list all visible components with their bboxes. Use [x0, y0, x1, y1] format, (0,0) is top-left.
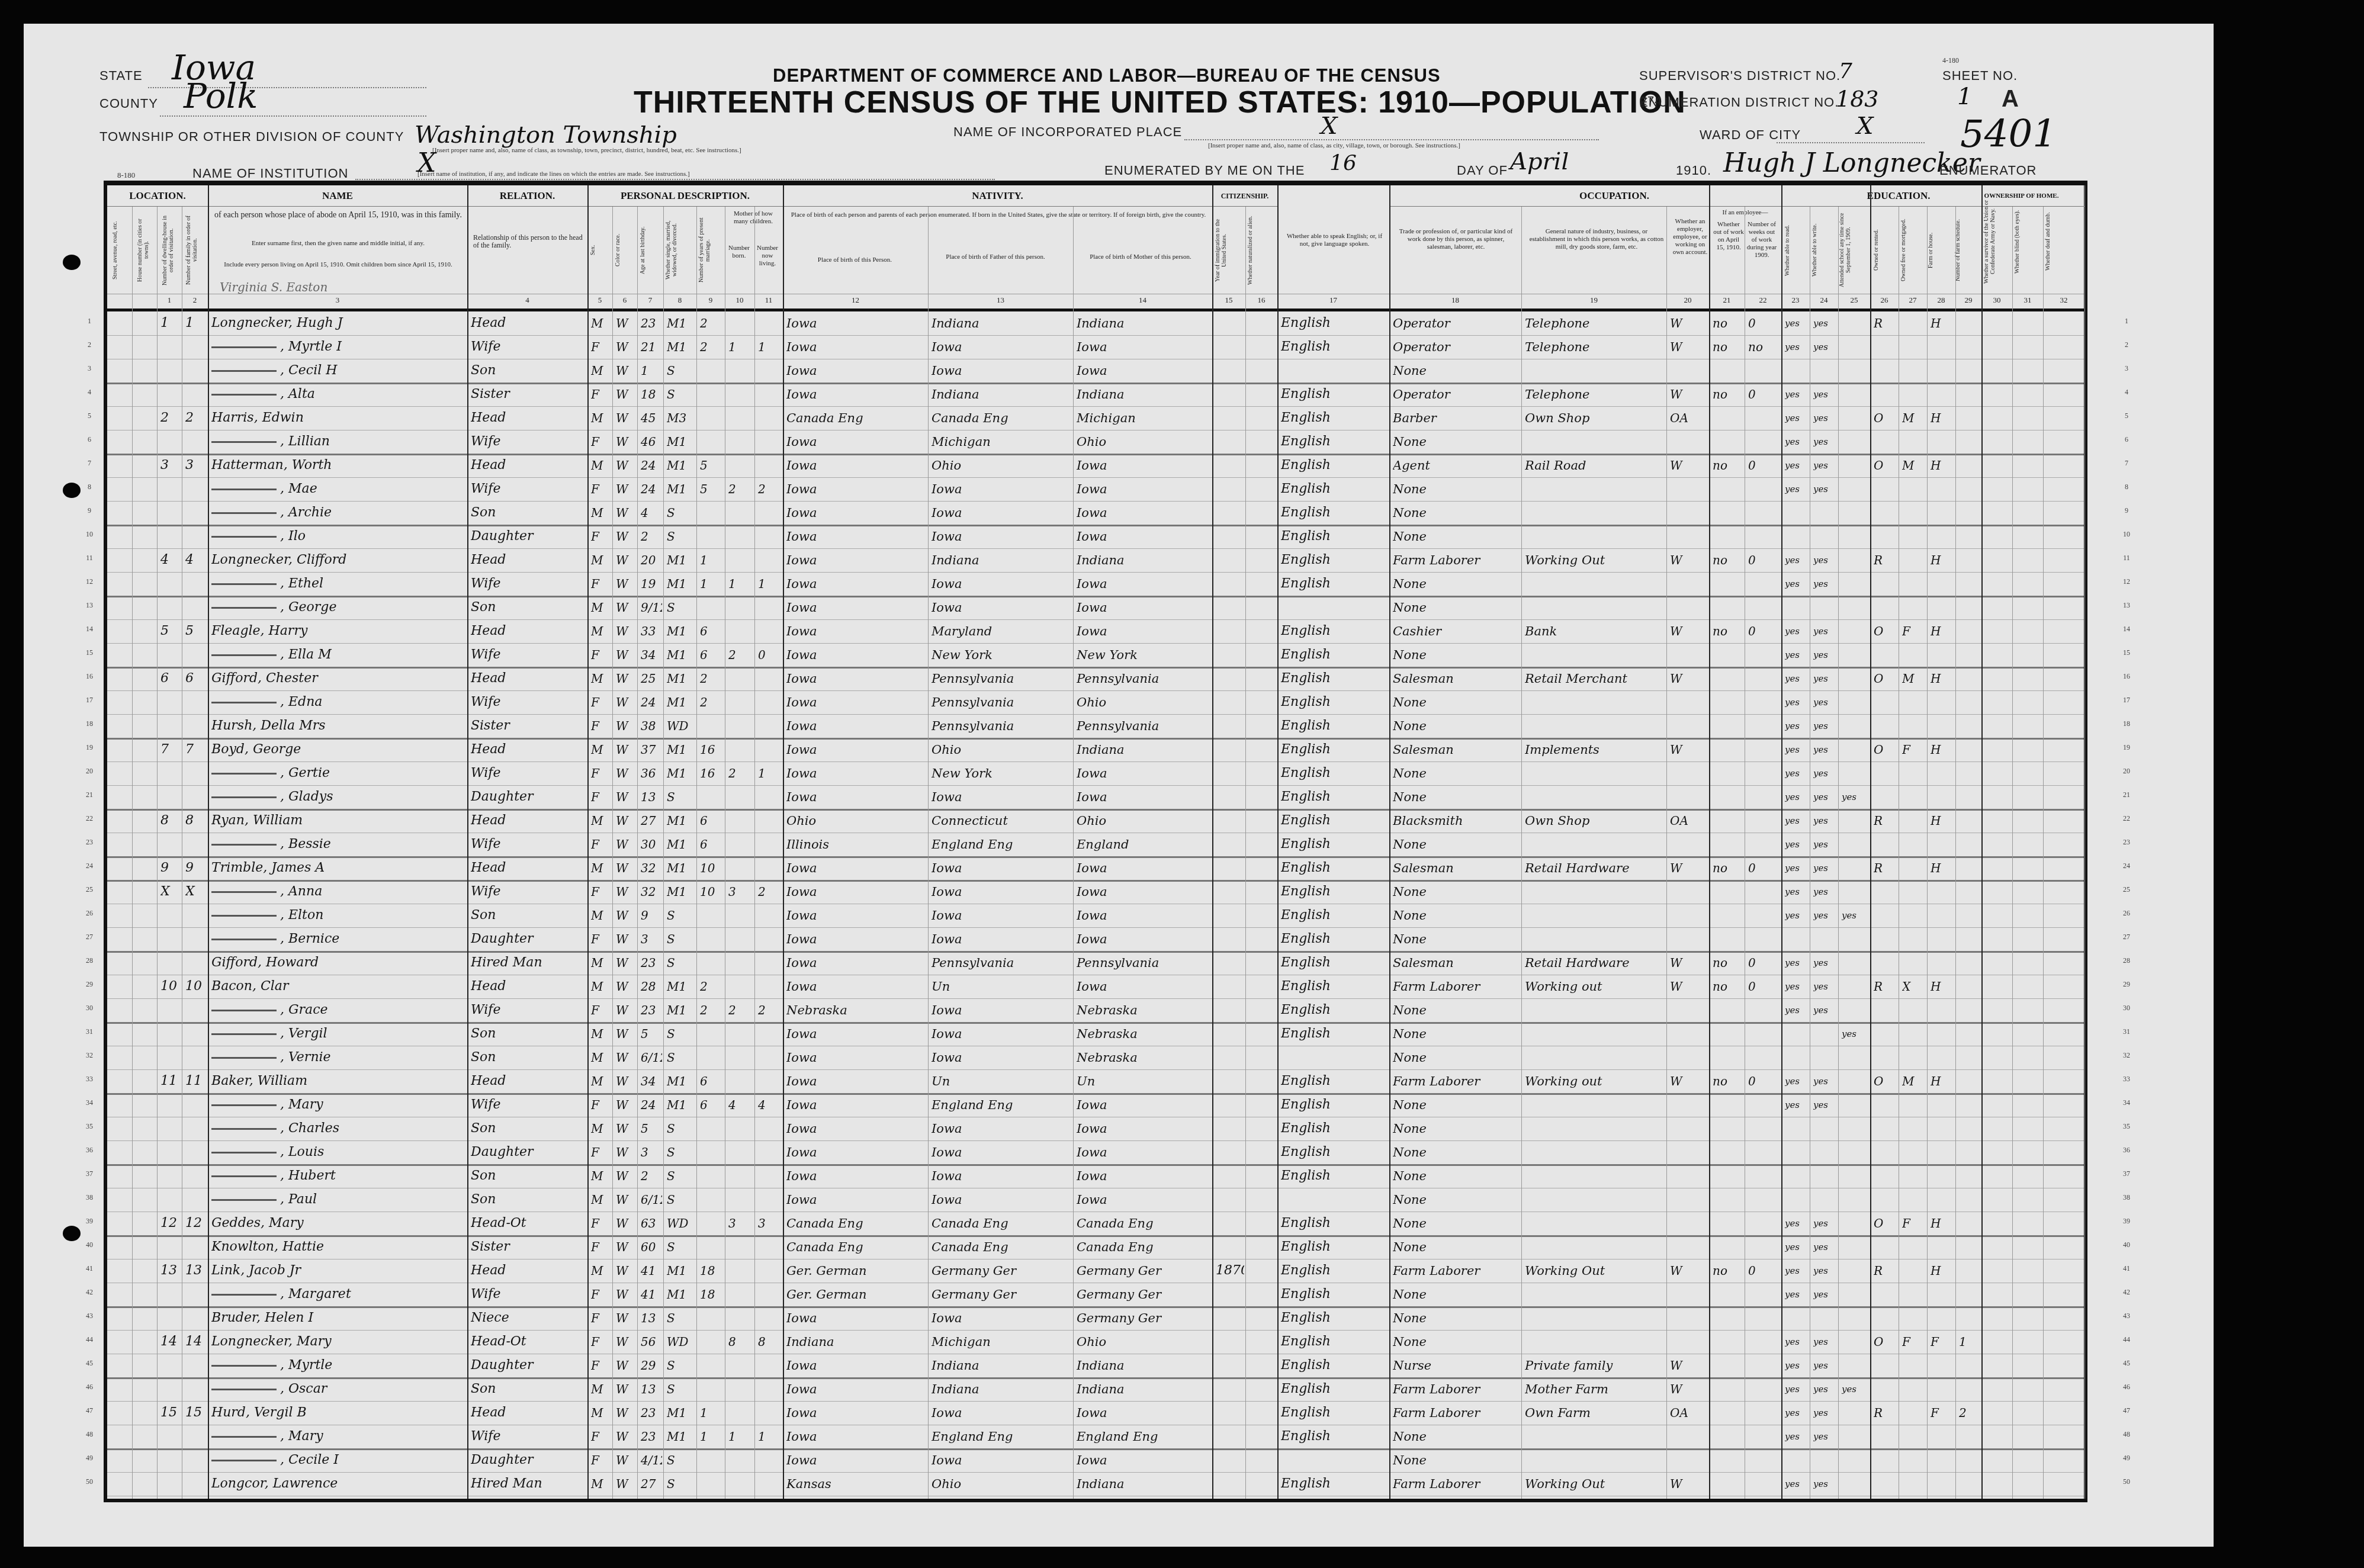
subhead-school: Attended school any time since September…	[1839, 210, 1868, 290]
column-number: 31	[2012, 295, 2043, 309]
line-number: 39	[83, 1217, 96, 1226]
cell-deaf	[2047, 1306, 2083, 1330]
cell-weeks	[1748, 1401, 1780, 1425]
cell-emp: W	[1670, 856, 1708, 880]
cell-free	[1902, 998, 1926, 1022]
cell-sex: M	[591, 1377, 611, 1401]
subhead-relation: Relationship of this person to the head …	[473, 234, 583, 249]
cell-weeks	[1748, 477, 1780, 501]
cell-family	[185, 1188, 207, 1212]
supervisor-value: 7	[1839, 59, 1852, 83]
table-row: , OscarSonMW13SIowaIndianaIndianaEnglish…	[107, 1377, 2084, 1402]
cell-eng: English	[1281, 1022, 1388, 1046]
cell-sex: M	[591, 1046, 611, 1069]
cell-marital: M1	[667, 833, 695, 856]
cell-bpm: Iowa	[1077, 1164, 1211, 1188]
cell-relation: Wife	[471, 1093, 586, 1117]
cell-school	[1842, 596, 1869, 619]
subhead-color: Color or race.	[615, 210, 636, 290]
cell-deaf	[2047, 454, 2083, 477]
cell-bpm: Germany Ger	[1077, 1259, 1211, 1283]
cell-bp: Illinois	[786, 833, 927, 856]
line-number: 49	[83, 1454, 96, 1463]
cell-living	[758, 1283, 782, 1306]
cell-bp: Iowa	[786, 1306, 927, 1330]
cell-age: 41	[641, 1283, 662, 1306]
table-row: 99Trimble, James AHeadMW32M110IowaIowaIo…	[107, 856, 2084, 882]
cell-trade: None	[1393, 998, 1520, 1022]
cell-living	[758, 904, 782, 927]
cell-house	[136, 833, 156, 856]
cell-bpm: Pennsylvania	[1077, 951, 1211, 975]
cell-out: no	[1713, 1069, 1743, 1093]
cell-street	[111, 1472, 131, 1496]
subhead-years-married: Number of years of present marriage.	[698, 210, 722, 290]
cell-bpf: Iowa	[932, 1046, 1072, 1069]
cell-bpf: Un	[932, 975, 1072, 998]
cell-street	[111, 383, 131, 406]
cell-name: , Archie	[211, 501, 466, 525]
cell-industry	[1525, 1140, 1665, 1164]
cell-blind	[2016, 714, 2042, 738]
cell-out: no	[1713, 335, 1743, 359]
cell-own: O	[1874, 406, 1897, 430]
cell-trade: Operator	[1393, 383, 1520, 406]
cell-free	[1902, 833, 1926, 856]
cell-read: yes	[1785, 761, 1809, 785]
cell-nat	[1249, 596, 1276, 619]
cell-weeks	[1748, 525, 1780, 548]
cell-school	[1842, 1093, 1869, 1117]
cell-years: 2	[700, 311, 724, 335]
cell-sex: F	[591, 1448, 611, 1472]
column-divider	[1955, 207, 1956, 1499]
cell-street	[111, 430, 131, 454]
cell-bpm: Iowa	[1077, 856, 1211, 880]
cell-bp: Iowa	[786, 1425, 927, 1448]
cell-age: 20	[641, 548, 662, 572]
cell-out	[1713, 572, 1743, 596]
cell-bpf: Iowa	[932, 596, 1072, 619]
cell-marital: S	[667, 1140, 695, 1164]
cell-bp: Iowa	[786, 785, 927, 809]
line-number: 13	[83, 601, 96, 610]
cell-street	[111, 1354, 131, 1377]
cell-living	[758, 454, 782, 477]
line-number: 48	[83, 1430, 96, 1439]
cell-family	[185, 904, 207, 927]
cell-nat	[1249, 667, 1276, 690]
column-divider	[1709, 185, 1710, 1499]
cell-weeks	[1748, 1093, 1780, 1117]
cell-bp: Iowa	[786, 1117, 927, 1140]
cell-surv	[1985, 596, 2011, 619]
cell-deaf	[2047, 856, 2083, 880]
line-number: 13	[2120, 601, 2133, 610]
cell-school	[1842, 690, 1869, 714]
cell-family	[185, 383, 207, 406]
cell-blind	[2016, 1188, 2042, 1212]
cell-free	[1902, 1425, 1926, 1448]
cell-house	[136, 643, 156, 667]
cell-sex: F	[591, 643, 611, 667]
cell-trade: None	[1393, 761, 1520, 785]
cell-free	[1902, 1283, 1926, 1306]
cell-surv	[1985, 927, 2011, 951]
cell-marital: M1	[667, 311, 695, 335]
cell-years	[700, 596, 724, 619]
cell-emp: W	[1670, 454, 1708, 477]
cell-sched	[1959, 785, 1980, 809]
cell-free	[1902, 1472, 1926, 1496]
cell-house	[136, 477, 156, 501]
line-number: 43	[2120, 1312, 2133, 1320]
cell-own	[1874, 785, 1897, 809]
cell-eng: English	[1281, 714, 1388, 738]
line-number: 1	[83, 317, 96, 326]
cell-deaf	[2047, 1140, 2083, 1164]
cell-age: 9	[641, 904, 662, 927]
table-row: , Cecil HSonMW1SIowaIowaIowaNone	[107, 359, 2084, 384]
cell-trade: Farm Laborer	[1393, 1259, 1520, 1283]
column-number: 10	[725, 295, 754, 309]
cell-own	[1874, 761, 1897, 785]
column-number: 30	[1981, 295, 2012, 309]
cell-name: , George	[211, 596, 466, 619]
cell-house	[136, 1093, 156, 1117]
cell-marital: S	[667, 1377, 695, 1401]
cell-living	[758, 667, 782, 690]
cell-deaf	[2047, 1212, 2083, 1235]
cell-marital: M1	[667, 643, 695, 667]
cell-own: O	[1874, 619, 1897, 643]
cell-bpm: Iowa	[1077, 335, 1211, 359]
cell-name: Boyd, George	[211, 738, 466, 761]
cell-bpm: Ohio	[1077, 430, 1211, 454]
cell-surv	[1985, 1093, 2011, 1117]
cell-bp: Iowa	[786, 619, 927, 643]
table-row: , MaryWifeFW24M1644IowaEngland EngIowaEn…	[107, 1093, 2084, 1117]
cell-age: 23	[641, 1425, 662, 1448]
cell-bpm: Canada Eng	[1077, 1235, 1211, 1259]
cell-age: 34	[641, 643, 662, 667]
cell-own	[1874, 525, 1897, 548]
table-row: 1010Bacon, ClarHeadMW28M12IowaUnIowaEngl…	[107, 975, 2084, 999]
cell-marital: S	[667, 1022, 695, 1046]
line-number: 29	[2120, 980, 2133, 989]
subhead-street: Street, avenue, road, etc.	[112, 210, 132, 290]
cell-weeks: 0	[1748, 619, 1780, 643]
cell-street	[111, 1164, 131, 1188]
cell-family: 5	[185, 619, 207, 643]
cell-imm	[1216, 1022, 1244, 1046]
cell-trade: None	[1393, 1212, 1520, 1235]
cell-blind	[2016, 738, 2042, 761]
cell-color: W	[616, 383, 636, 406]
cell-relation: Wife	[471, 643, 586, 667]
cell-nat	[1249, 951, 1276, 975]
cell-emp: W	[1670, 1069, 1708, 1093]
cell-age: 63	[641, 1212, 662, 1235]
cell-read: yes	[1785, 335, 1809, 359]
cell-nat	[1249, 714, 1276, 738]
cell-blind	[2016, 690, 2042, 714]
cell-imm	[1216, 1046, 1244, 1069]
cell-industry	[1525, 1330, 1665, 1354]
cell-free	[1902, 1093, 1926, 1117]
line-number: 16	[83, 672, 96, 681]
table-row: 66Gifford, ChesterHeadMW25M12IowaPennsyl…	[107, 667, 2084, 691]
cell-dwelling: 3	[160, 454, 181, 477]
cell-family	[185, 1117, 207, 1140]
cell-deaf	[2047, 1069, 2083, 1093]
cell-relation: Son	[471, 1117, 586, 1140]
cell-industry	[1525, 643, 1665, 667]
cell-marital: M1	[667, 667, 695, 690]
subhead-free-mortgaged: Owned free or mortgaged.	[1900, 210, 1924, 290]
institution-note: [Insert name of institution, if any, and…	[417, 171, 690, 178]
cell-nat	[1249, 1117, 1276, 1140]
cell-born: 3	[728, 880, 753, 904]
cell-nat	[1249, 1472, 1276, 1496]
cell-free	[1902, 596, 1926, 619]
cell-surv	[1985, 738, 2011, 761]
cell-sex: F	[591, 1212, 611, 1235]
cell-school	[1842, 975, 1869, 998]
column-divider	[1838, 207, 1839, 1499]
cell-emp	[1670, 785, 1708, 809]
cell-industry	[1525, 1117, 1665, 1140]
cell-street	[111, 1093, 131, 1117]
cell-farm: H	[1931, 1069, 1954, 1093]
cell-born	[728, 359, 753, 383]
cell-deaf	[2047, 359, 2083, 383]
cell-house	[136, 619, 156, 643]
line-number: 6	[83, 435, 96, 444]
cell-family: 3	[185, 454, 207, 477]
cell-bp: Iowa	[786, 856, 927, 880]
cell-trade: Operator	[1393, 335, 1520, 359]
cell-relation: Wife	[471, 572, 586, 596]
cell-years: 6	[700, 833, 724, 856]
cell-nat	[1249, 785, 1276, 809]
cell-marital: S	[667, 596, 695, 619]
line-number: 7	[2120, 459, 2133, 468]
cell-eng: English	[1281, 311, 1388, 335]
cell-bpm: Indiana	[1077, 548, 1211, 572]
cell-marital: S	[667, 525, 695, 548]
cell-weeks	[1748, 643, 1780, 667]
cell-write	[1813, 1117, 1837, 1140]
cell-color: W	[616, 738, 636, 761]
cell-name: Bacon, Clar	[211, 975, 466, 998]
line-number: 23	[2120, 838, 2133, 847]
cell-school	[1842, 761, 1869, 785]
cell-farm	[1931, 927, 1954, 951]
cell-sched	[1959, 572, 1980, 596]
cell-nat	[1249, 1188, 1276, 1212]
cell-out	[1713, 1188, 1743, 1212]
cell-emp	[1670, 1235, 1708, 1259]
cell-born	[728, 785, 753, 809]
cell-name: , Vergil	[211, 1022, 466, 1046]
cell-write: yes	[1813, 833, 1837, 856]
line-number: 50	[2120, 1477, 2133, 1486]
cell-born	[728, 311, 753, 335]
cell-living: 2	[758, 477, 782, 501]
cell-emp: W	[1670, 619, 1708, 643]
cell-color: W	[616, 1140, 636, 1164]
cell-dwelling	[160, 596, 181, 619]
cell-born	[728, 1188, 753, 1212]
cell-nat	[1249, 1069, 1276, 1093]
cell-relation: Hired Man	[471, 951, 586, 975]
cell-blind	[2016, 454, 2042, 477]
cell-born	[728, 430, 753, 454]
cell-eng: English	[1281, 1472, 1388, 1496]
cell-free	[1902, 1022, 1926, 1046]
cell-family: 8	[185, 809, 207, 833]
cell-marital: M1	[667, 975, 695, 998]
cell-name: Hursh, Della Mrs	[211, 714, 466, 738]
cell-color: W	[616, 880, 636, 904]
cell-sex: M	[591, 667, 611, 690]
table-row: , EdnaWifeFW24M12IowaPennsylvaniaOhioEng…	[107, 690, 2084, 715]
cell-family	[185, 1472, 207, 1496]
cell-marital: M1	[667, 1259, 695, 1283]
cell-house	[136, 311, 156, 335]
cell-industry: Own Shop	[1525, 406, 1665, 430]
cell-blind	[2016, 1425, 2042, 1448]
cell-living	[758, 406, 782, 430]
cell-dwelling	[160, 785, 181, 809]
line-number: 33	[83, 1075, 96, 1084]
cell-sex: M	[591, 1164, 611, 1188]
cell-farm	[1931, 1306, 1954, 1330]
cell-dwelling	[160, 927, 181, 951]
cell-age: 46	[641, 430, 662, 454]
cell-color: W	[616, 690, 636, 714]
cell-emp	[1670, 1164, 1708, 1188]
cell-years	[700, 714, 724, 738]
cell-name: , Oscar	[211, 1377, 466, 1401]
cell-trade: Salesman	[1393, 856, 1520, 880]
cell-deaf	[2047, 951, 2083, 975]
cell-dwelling	[160, 1354, 181, 1377]
state-label: State	[99, 68, 143, 83]
cell-read: yes	[1785, 477, 1809, 501]
cell-weeks: no	[1748, 335, 1780, 359]
cell-industry: Working Out	[1525, 1259, 1665, 1283]
cell-school	[1842, 1069, 1869, 1093]
cell-weeks	[1748, 904, 1780, 927]
cell-farm: H	[1931, 738, 1954, 761]
cell-nat	[1249, 643, 1276, 667]
cell-own	[1874, 880, 1897, 904]
cell-read	[1785, 525, 1809, 548]
cell-age: 2	[641, 525, 662, 548]
cell-write: yes	[1813, 951, 1837, 975]
cell-read: yes	[1785, 904, 1809, 927]
cell-born	[728, 1401, 753, 1425]
cell-family: 9	[185, 856, 207, 880]
cell-own: R	[1874, 548, 1897, 572]
cell-marital: M1	[667, 738, 695, 761]
cell-relation: Daughter	[471, 785, 586, 809]
line-number: 8	[2120, 483, 2133, 491]
cell-sex: F	[591, 1354, 611, 1377]
line-number: 28	[2120, 956, 2133, 965]
cell-bpm: England	[1077, 833, 1211, 856]
cell-imm	[1216, 761, 1244, 785]
cell-surv	[1985, 1046, 2011, 1069]
cell-color: W	[616, 1306, 636, 1330]
cell-trade: Salesman	[1393, 738, 1520, 761]
cell-imm	[1216, 359, 1244, 383]
cell-dwelling	[160, 1164, 181, 1188]
cell-read: yes	[1785, 738, 1809, 761]
column-number: 17	[1277, 295, 1389, 309]
subhead-write: Whether able to write.	[1811, 210, 1835, 290]
cell-emp	[1670, 1188, 1708, 1212]
cell-free: F	[1902, 619, 1926, 643]
cell-age: 60	[641, 1235, 662, 1259]
line-number: 3	[2120, 364, 2133, 373]
cell-out: no	[1713, 856, 1743, 880]
group-occupation: OCCUPATION.	[1389, 185, 1839, 207]
cell-relation: Head-Ot	[471, 1212, 586, 1235]
cell-trade: None	[1393, 1140, 1520, 1164]
cell-out	[1713, 1425, 1743, 1448]
cell-nat	[1249, 335, 1276, 359]
table-row: , ArchieSonMW4SIowaIowaIowaEnglishNone	[107, 501, 2084, 526]
census-table: LOCATION. NAME RELATION. PERSONAL DESCRI…	[104, 181, 2087, 1502]
column-divider	[467, 185, 468, 1499]
column-number: 4	[467, 295, 587, 309]
table-row: , VernieSonMW6/12SIowaIowaNebraskaNone	[107, 1046, 2084, 1070]
cell-blind	[2016, 596, 2042, 619]
cell-born	[728, 1140, 753, 1164]
cell-weeks	[1748, 1235, 1780, 1259]
cell-farm	[1931, 572, 1954, 596]
cell-dwelling	[160, 1022, 181, 1046]
line-number: 24	[83, 862, 96, 870]
table-row: , MaeWifeFW24M1522IowaIowaIowaEnglishNon…	[107, 477, 2084, 502]
cell-sched	[1959, 311, 1980, 335]
line-number: 50	[83, 1477, 96, 1486]
cell-family	[185, 690, 207, 714]
cell-bpf: Indiana	[932, 311, 1072, 335]
cell-bpm: Ohio	[1077, 1330, 1211, 1354]
cell-name: , Mae	[211, 477, 466, 501]
cell-surv	[1985, 1330, 2011, 1354]
cell-blind	[2016, 1046, 2042, 1069]
cell-imm	[1216, 501, 1244, 525]
cell-bpm: Indiana	[1077, 1377, 1211, 1401]
cell-nat	[1249, 904, 1276, 927]
cell-nat	[1249, 548, 1276, 572]
cell-out: no	[1713, 1259, 1743, 1283]
cell-years	[700, 406, 724, 430]
table-row: 1212Geddes, MaryHead-OtFW63WD33Canada En…	[107, 1212, 2084, 1237]
table-row: Bruder, Helen INieceFW13SIowaIowaGermany…	[107, 1306, 2084, 1331]
cell-write: yes	[1813, 572, 1837, 596]
cell-street	[111, 975, 131, 998]
cell-sex: M	[591, 1472, 611, 1496]
cell-sex: M	[591, 454, 611, 477]
cell-sched	[1959, 738, 1980, 761]
cell-write: yes	[1813, 1377, 1837, 1401]
